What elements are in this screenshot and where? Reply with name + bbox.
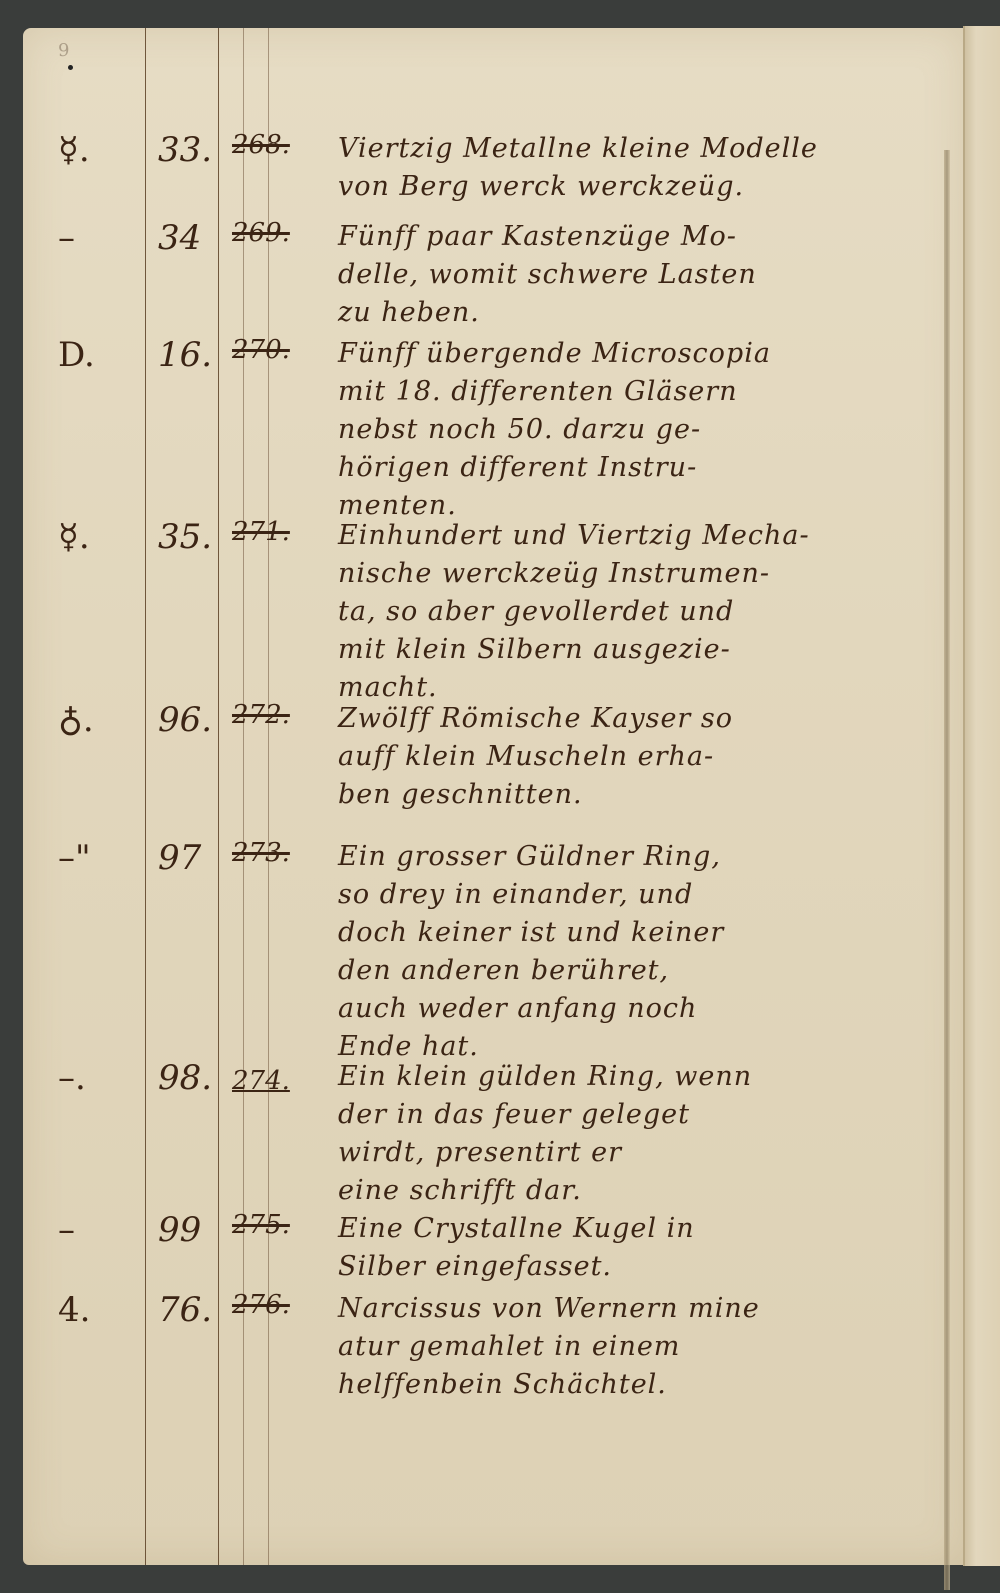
struck-old-number: 276. bbox=[232, 1290, 322, 1320]
entry-number: 97 bbox=[158, 838, 238, 878]
entry-line: Viertzig Metallne kleine Modelle bbox=[338, 130, 938, 168]
entry-line: auff klein Muscheln erha- bbox=[338, 738, 938, 776]
entry-line: Zwölff Römische Kayser so bbox=[338, 700, 938, 738]
entry-text: Ein grosser Güldner Ring, so drey in ein… bbox=[338, 838, 938, 1066]
entry-text: Einhundert und Viertzig Mecha- nische we… bbox=[338, 517, 938, 707]
entry-text: Eine Crystallne Kugel in Silber eingefas… bbox=[338, 1210, 938, 1286]
entry-text: Fünff paar Kastenzüge Mo- delle, womit s… bbox=[338, 218, 938, 332]
entry-line: Eine Crystallne Kugel in bbox=[338, 1210, 938, 1248]
ruled-line-number-column bbox=[218, 28, 219, 1565]
entry-line: Silber eingefasset. bbox=[338, 1248, 938, 1286]
dash-ditto-icon: – bbox=[58, 218, 128, 258]
entry-line: ta, so aber gevollerdet und bbox=[338, 593, 938, 631]
entry-text: Ein klein gülden Ring, wenn der in das f… bbox=[338, 1058, 938, 1210]
struck-old-number: 275. bbox=[232, 1210, 322, 1240]
ink-dot bbox=[68, 65, 73, 70]
entry-number: 76. bbox=[158, 1290, 238, 1330]
orb-symbol-icon: ♁. bbox=[58, 700, 128, 740]
entry-line: helffenbein Schächtel. bbox=[338, 1366, 938, 1404]
struck-old-number: 271. bbox=[232, 517, 322, 547]
entry-line: Einhundert und Viertzig Mecha- bbox=[338, 517, 938, 555]
entry-line: Narcissus von Wernern mine bbox=[338, 1290, 938, 1328]
entry-line: wirdt, presentirt er bbox=[338, 1134, 938, 1172]
entry-line: ben geschnitten. bbox=[338, 776, 938, 814]
mercury-symbol-icon: ☿. bbox=[58, 130, 128, 170]
entry-line: so drey in einander, und bbox=[338, 876, 938, 914]
entry-text: Narcissus von Wernern mine atur gemahlet… bbox=[338, 1290, 938, 1404]
entry-number: 16. bbox=[158, 335, 238, 375]
entry-line: mit klein Silbern ausgezie- bbox=[338, 631, 938, 669]
struck-old-number: 268. bbox=[232, 130, 322, 160]
jupiter-symbol-icon: 4. bbox=[58, 1290, 128, 1330]
entry-line: hörigen different Instru- bbox=[338, 449, 938, 487]
entry-line: zu heben. bbox=[338, 294, 938, 332]
entry-line: Ein grosser Güldner Ring, bbox=[338, 838, 938, 876]
entry-number: 98. bbox=[158, 1058, 238, 1098]
dash-ditto-icon: – bbox=[58, 1210, 128, 1250]
entry-line: mit 18. differenten Gläsern bbox=[338, 373, 938, 411]
entry-line: auch weder anfang noch bbox=[338, 990, 938, 1028]
struck-old-number: 273. bbox=[232, 838, 322, 868]
entry-line: der in das feuer geleget bbox=[338, 1096, 938, 1134]
entry-line: doch keiner ist und keiner bbox=[338, 914, 938, 952]
entry-text: Fünff übergende Microscopia mit 18. diff… bbox=[338, 335, 938, 525]
entry-line: den anderen berühret, bbox=[338, 952, 938, 990]
corner-page-mark: 9 bbox=[58, 40, 74, 62]
dash-ditto-icon: –. bbox=[58, 1058, 128, 1098]
ruled-line-old-number-left bbox=[243, 28, 244, 1565]
ruled-line-symbol-column bbox=[145, 28, 146, 1565]
entry-text: Zwölff Römische Kayser so auff klein Mus… bbox=[338, 700, 938, 814]
struck-old-number: 270. bbox=[232, 335, 322, 365]
entry-line: nebst noch 50. darzu ge- bbox=[338, 411, 938, 449]
entry-number: 35. bbox=[158, 517, 238, 557]
entry-number: 96. bbox=[158, 700, 238, 740]
entry-line: atur gemahlet in einem bbox=[338, 1328, 938, 1366]
entry-line: Fünff paar Kastenzüge Mo- bbox=[338, 218, 938, 256]
entry-line: eine schrifft dar. bbox=[338, 1172, 938, 1210]
entry-line: von Berg werck werckzeüg. bbox=[338, 168, 938, 206]
page-binding-gutter bbox=[944, 150, 950, 1590]
ruled-line-old-number-right bbox=[268, 28, 269, 1565]
mercury-symbol-icon: ☿. bbox=[58, 517, 128, 557]
entry-number: 34 bbox=[158, 218, 238, 258]
dash-ditto-icon: –" bbox=[58, 838, 128, 878]
letter-d-icon: D. bbox=[58, 335, 128, 375]
entry-number: 99 bbox=[158, 1210, 238, 1250]
entry-text: Viertzig Metallne kleine Modelle von Ber… bbox=[338, 130, 938, 206]
entry-line: Fünff übergende Microscopia bbox=[338, 335, 938, 373]
entry-number: 33. bbox=[158, 130, 238, 170]
facing-page-edge bbox=[963, 26, 1000, 1566]
struck-old-number: 272. bbox=[232, 700, 322, 730]
entry-line: delle, womit schwere Lasten bbox=[338, 256, 938, 294]
underlined-old-number: 274. bbox=[232, 1066, 322, 1096]
struck-old-number: 269. bbox=[232, 218, 322, 248]
entry-line: nische werckzeüg Instrumen- bbox=[338, 555, 938, 593]
entry-line: Ein klein gülden Ring, wenn bbox=[338, 1058, 938, 1096]
